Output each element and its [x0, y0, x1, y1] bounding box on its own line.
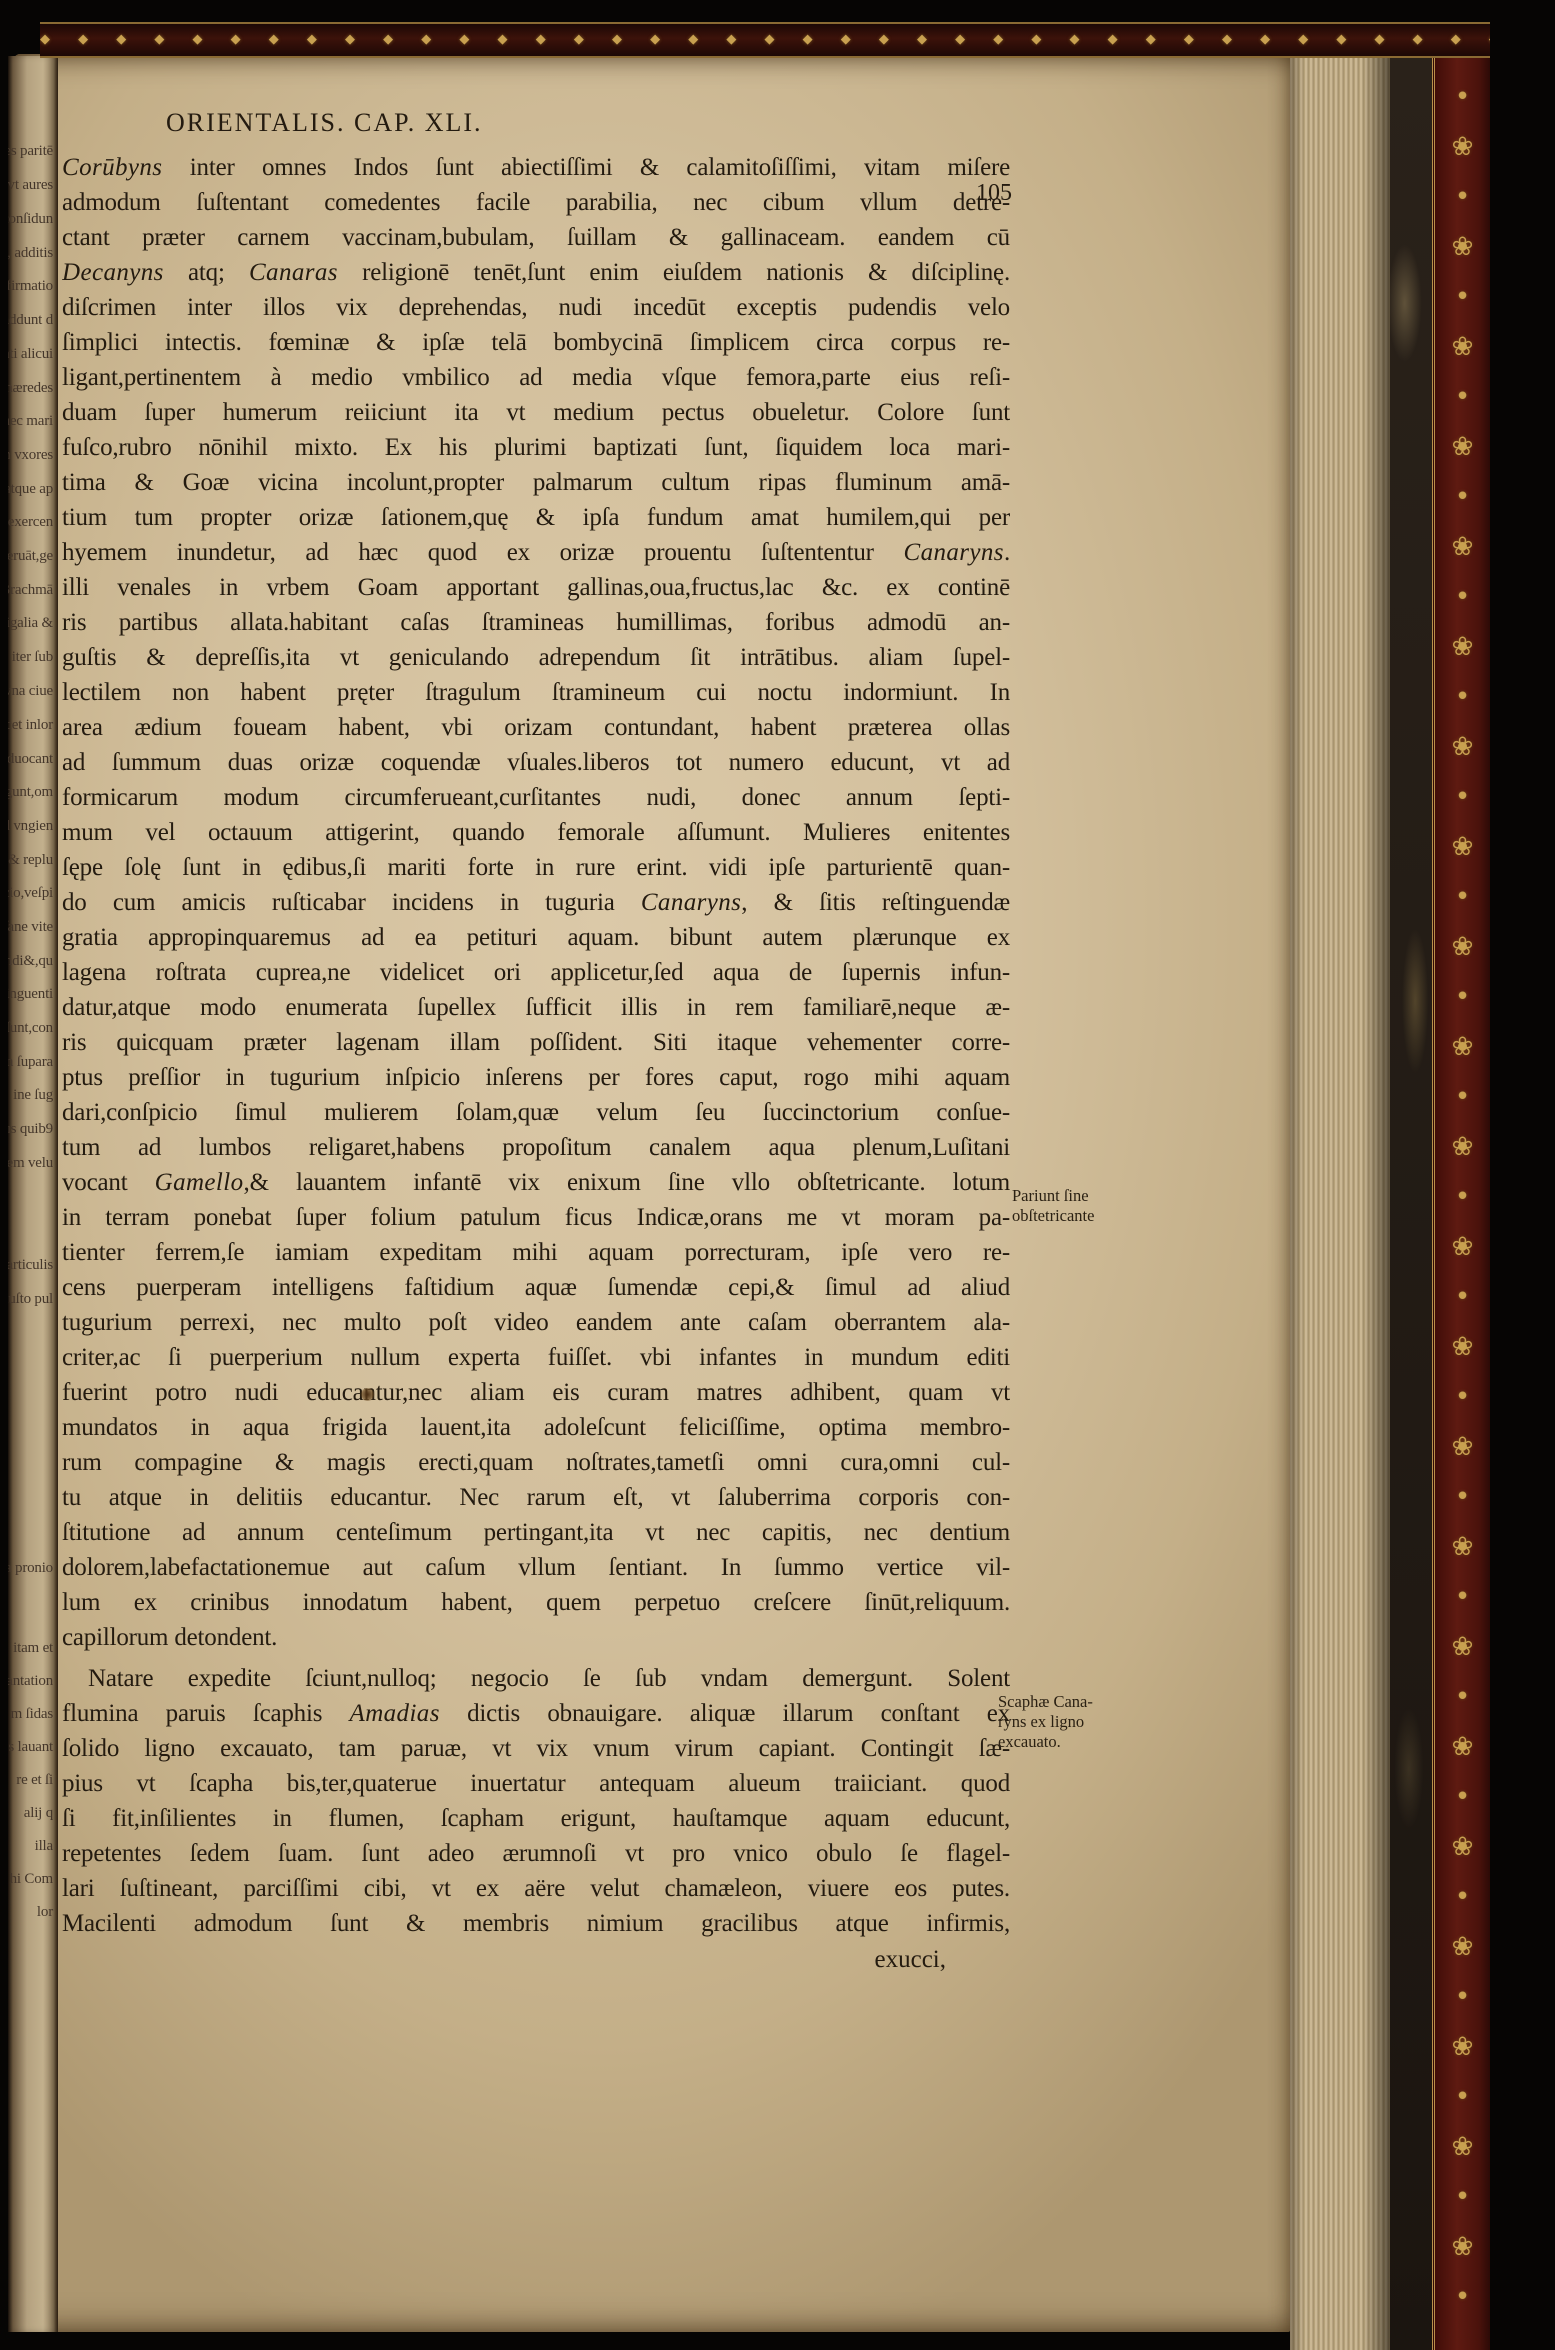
- text-line: admodum ſuſtentant comedentes facile par…: [62, 185, 1010, 220]
- leather-cover-gold-tooling: ❀ • ❀ • ❀ • ❀ • ❀ • ❀ • ❀ • ❀ • ❀ • ❀ • …: [1432, 22, 1490, 2350]
- text-line: mum vel octauum attigerint, quando femor…: [62, 815, 1010, 850]
- text-line: tima & Goæ vicina incolunt,propter palma…: [62, 465, 1010, 500]
- body-paragraph-2: Natare expedite ſciunt,nulloq; negocio ſ…: [62, 1661, 1010, 1941]
- text-line: Natare expedite ſciunt,nulloq; negocio ſ…: [62, 1661, 1010, 1696]
- gutter-text-fragment: articulis: [8, 1257, 53, 1274]
- text-line: fuſco,rubro nōnihil mixto. Ex his plurim…: [62, 430, 1010, 465]
- gutter-text-fragment: id vngien: [8, 818, 53, 835]
- text-line: ris quicquam præter lagenam illam poſſid…: [62, 1025, 1010, 1060]
- gutter-text-fragment: ſunt,con: [8, 1020, 53, 1037]
- text-line: vocant Gamello,& lauantem infantē vix en…: [62, 1165, 1010, 1200]
- text-line: Decanyns atq; Canaras religionē tenēt,ſu…: [62, 255, 1010, 290]
- gutter-text-fragment: vna ciue: [8, 683, 53, 700]
- gutter-text-fragment: ia ſane vite: [8, 919, 53, 936]
- margin-note-line: excauato.: [998, 1732, 1156, 1752]
- text-line: ſi fit,inſilientes in flumen, ſcapham er…: [62, 1801, 1010, 1836]
- gilt-tooling-band-top: ◆ ◆ ◆ ◆ ◆ ◆ ◆ ◆ ◆ ◆ ◆ ◆ ◆ ◆ ◆ ◆ ◆ ◆ ◆ ◆ …: [40, 22, 1490, 58]
- text-line: do cum amicis ruſticabar incidens in tug…: [62, 885, 1010, 920]
- gutter-text-fragment: nfirmatio: [8, 278, 53, 295]
- gutter-text-fragment: s lauant: [8, 1739, 53, 1756]
- text-line: formicarum modum circumferueant,curſitan…: [62, 780, 1010, 815]
- text-line: lari ſuſtineant, parciſſimi cibi, vt ex …: [62, 1871, 1010, 1906]
- text-line: tienter ferrem,ſe iamiam expeditam mihi …: [62, 1235, 1010, 1270]
- gutter-text-fragment: iuſto pul: [8, 1291, 53, 1308]
- gutter-text-fragment: itam et: [13, 1640, 53, 1657]
- text-line: in terram ponebat ſuper folium patulum f…: [62, 1200, 1010, 1235]
- gutter-text-fragment: antation: [8, 1673, 53, 1690]
- text-line: tum ad lumbos religaret,habens propoſitu…: [62, 1130, 1010, 1165]
- gutter-text-fragment: enti alicui: [8, 346, 53, 363]
- text-line: datur,atque modo enumerata ſupellex ſuff…: [62, 990, 1010, 1025]
- gutter-text-fragment: licet inlor: [8, 717, 53, 734]
- text-line: ptus preſſior in tugurium inſpicio inſer…: [62, 1060, 1010, 1095]
- gutter-text-fragment: es & replu: [8, 852, 53, 869]
- catchword: exucci,: [62, 1946, 1010, 1974]
- text-line: ris partibus allata.habitant caſas ſtram…: [62, 605, 1010, 640]
- text-line: lum ex crinibus innodatum habent, quem p…: [62, 1585, 1010, 1620]
- text-line: lectilem non habent pręter ſtragulum ſtr…: [62, 675, 1010, 710]
- gutter-text-fragment: alij q: [24, 1805, 53, 1822]
- gutter-text-fragment: agunt,om: [8, 784, 53, 801]
- text-line: ſtitutione ad annum centeſimum pertingan…: [62, 1515, 1010, 1550]
- text-line: ctant præter carnem vaccinam,bubulam, ſu…: [62, 220, 1010, 255]
- text-line: ſępe ſolę ſunt in ędibus,ſi mariti forte…: [62, 850, 1010, 885]
- text-line: diſcrimen inter illos vix deprehendas, n…: [62, 290, 1010, 325]
- text-line: capillorum detondent.: [62, 1620, 1010, 1655]
- gutter-text-fragment: ine ſug: [13, 1087, 53, 1104]
- gutter-text-fragment: i,conſidun: [8, 211, 53, 228]
- text-line: guſtis & depreſſis,ita vt geniculando ad…: [62, 640, 1010, 675]
- running-header: ORIENTALIS. CAP. XLI.: [166, 108, 483, 138]
- fore-edge-page-block: [1290, 26, 1390, 2350]
- text-line: rum compagine & magis erecti,quam noſtra…: [62, 1445, 1010, 1480]
- text-line: dari,conſpicio ſimul mulierem ſolam,quæ …: [62, 1095, 1010, 1130]
- text-line: lagena roſtrata cuprea,ne videlicet ori …: [62, 955, 1010, 990]
- text-line: illi venales in vrbem Goam apportant gal…: [62, 570, 1010, 605]
- gutter-text-fragment: re et ſi: [16, 1772, 53, 1789]
- gutter-text-fragment: ctigalia &: [8, 615, 53, 632]
- text-line: tium tum propter orizæ ſationem,quę & ip…: [62, 500, 1010, 535]
- body-paragraph-1: Corūbyns inter omnes Indos ſunt abiectiſ…: [62, 150, 1010, 1655]
- text-line: ſolido ligno excauato, tam paruæ, vt vix…: [62, 1731, 1010, 1766]
- text-line: dolorem,labefactationemue aut caſum vllu…: [62, 1550, 1010, 1585]
- book-page: ORIENTALIS. CAP. XLI. 105 Corūbyns inter…: [14, 54, 1290, 2332]
- text-line: hyemem inundetur, ad hæc quod ex orizæ p…: [62, 535, 1010, 570]
- text-line: flumina paruis ſcaphis Amadias dictis ob…: [62, 1696, 1010, 1731]
- gutter-text-fragment: m vxores: [8, 447, 53, 464]
- gutter-text-fragment: iter ſub: [12, 649, 53, 666]
- text-line: duam ſuper humerum reiiciunt ita vt medi…: [62, 395, 1010, 430]
- gutter-text-fragment: dem velu: [8, 1155, 53, 1172]
- text-line: gratia appropinquaremus ad ea petituri a…: [62, 920, 1010, 955]
- text-line: repetentes ſedem ſuam. ſunt adeo ærumnoſ…: [62, 1836, 1010, 1871]
- text-line: tugurium perrexi, nec multo poſt video e…: [62, 1305, 1010, 1340]
- gutter-text-fragment: icio,veſpi: [8, 885, 53, 902]
- margin-note-boats: Scaphæ Cana-ryns ex lignoexcauato.: [998, 1692, 1156, 1752]
- gutter-text-fragment: hi Com: [10, 1871, 53, 1888]
- gutter-text-fragment: lonec mari: [8, 413, 53, 430]
- text-line: ſimplici intectis. fœminæ & ipſæ telā bo…: [62, 325, 1010, 360]
- gutter-text-fragment: duocant: [8, 751, 53, 768]
- text-line: tu atque in delitiis educantur. Nec raru…: [62, 1480, 1010, 1515]
- gutter-text-fragment: nt, additis: [8, 245, 53, 262]
- gutter-text-fragment: , addunt d: [8, 312, 53, 329]
- gutter-text-fragment: endi&,qu: [8, 953, 53, 970]
- margin-note-line: Pariunt ſine: [1012, 1186, 1170, 1206]
- gutter-text-fragment: n hæredes: [8, 380, 53, 397]
- gutter-text-fragment: s,Brachmā: [8, 582, 53, 599]
- gutter-text-fragment: bus quib9: [8, 1121, 53, 1138]
- text-line: cens puerperam intelligens faſtidium aqu…: [62, 1270, 1010, 1305]
- margin-note-line: Scaphæ Cana-: [998, 1692, 1156, 1712]
- text-line: Macilenti admodum ſunt & membris nimium …: [62, 1906, 1010, 1941]
- text-line: ligant,pertinentem à medio vmbilico ad m…: [62, 360, 1010, 395]
- text-line: fuerint potro nudi educantur,nec aliam e…: [62, 1375, 1010, 1410]
- text-line: area ædium foueam habent, vbi orizam con…: [62, 710, 1010, 745]
- margin-note-birth: Pariunt ſineobſtetricante: [1012, 1186, 1170, 1226]
- text-line: pius vt ſcapha bis,ter,quaterue inuertat…: [62, 1766, 1010, 1801]
- gutter-text-fragment: bſeruāt,ge: [8, 548, 53, 565]
- gutter-facing-page-edge: ies paritēſ, vt auresi,conſidunnt, addit…: [8, 56, 58, 2332]
- gutter-text-fragment: ies paritē: [8, 143, 53, 160]
- text-line: ad ſummum duas orizæ coquendæ vſuales.li…: [62, 745, 1010, 780]
- gutter-text-fragment: inguenti: [8, 986, 53, 1003]
- text-line: Corūbyns inter omnes Indos ſunt abiectiſ…: [62, 150, 1010, 185]
- text-line: criter,ac ſi puerperium nullum experta f…: [62, 1340, 1010, 1375]
- gutter-text-fragment: a pronio: [8, 1560, 53, 1577]
- margin-note-line: ryns ex ligno: [998, 1712, 1156, 1732]
- marbled-edge-strip: [1390, 24, 1432, 2350]
- gutter-text-fragment: m ſidas: [11, 1706, 53, 1723]
- gutter-text-fragment: lor: [37, 1904, 53, 1921]
- margin-note-line: obſtetricante: [1012, 1206, 1170, 1226]
- book-photograph: ies paritēſ, vt auresi,conſidunnt, addit…: [0, 0, 1555, 2350]
- gutter-text-fragment: illa: [35, 1838, 53, 1855]
- gutter-text-fragment: m exercen: [8, 514, 53, 531]
- text-line: mundatos in aqua frigida lauent,ita adol…: [62, 1410, 1010, 1445]
- gutter-text-fragment: ſ, vt aures: [8, 177, 53, 194]
- gutter-text-fragment: r atque ap: [8, 481, 53, 498]
- gutter-text-fragment: m ſupara: [8, 1054, 53, 1071]
